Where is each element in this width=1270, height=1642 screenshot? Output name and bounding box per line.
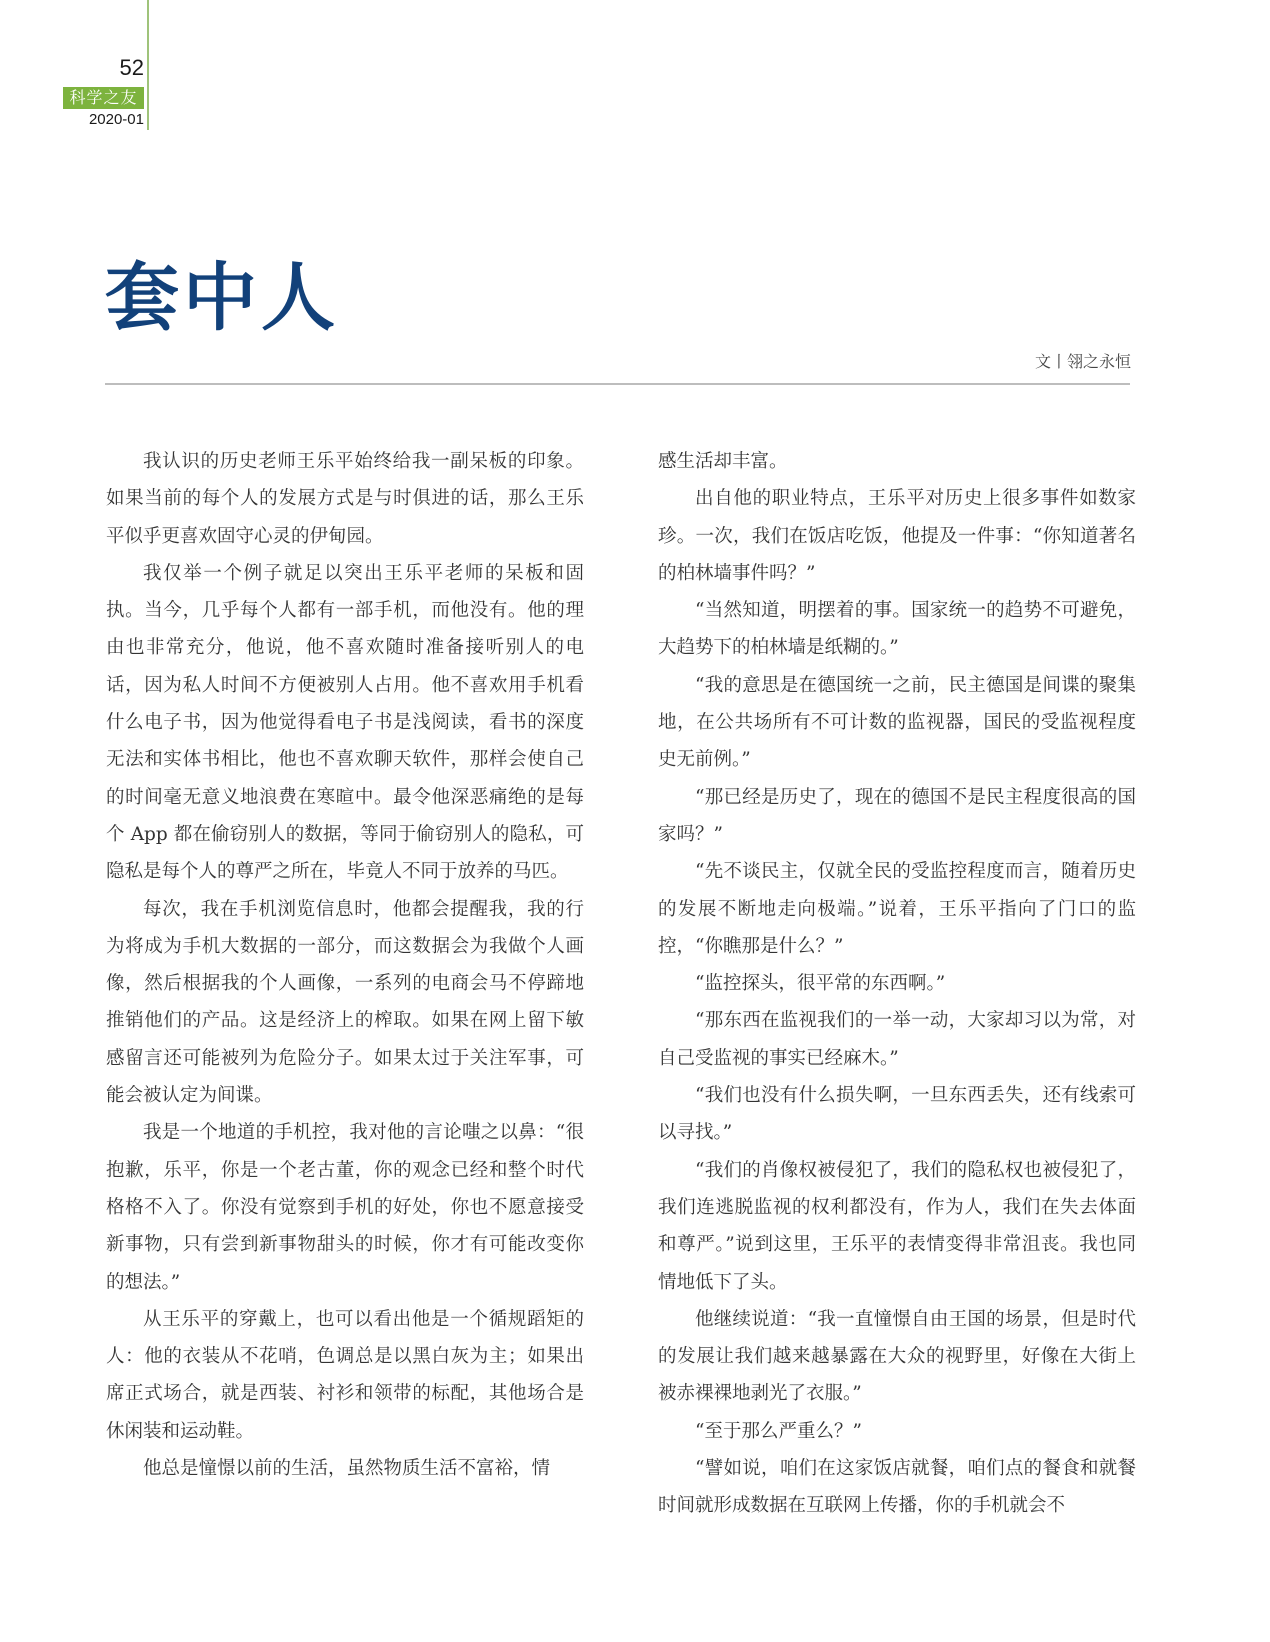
- paragraph: 他继续说道：“我一直憧憬自由王国的场景，但是时代的发展让我们越来越暴露在大众的视…: [658, 1301, 1136, 1413]
- paragraph: 他总是憧憬以前的生活，虽然物质生活不富裕，情: [106, 1450, 584, 1487]
- paragraph: “当然知道，明摆着的事。国家统一的趋势不可避免，大趋势下的柏林墙是纸糊的。”: [658, 592, 1136, 667]
- paragraph: 我认识的历史老师王乐平始终给我一副呆板的印象。如果当前的每个人的发展方式是与时俱…: [106, 443, 584, 555]
- paragraph: 我是一个地道的手机控，我对他的言论嗤之以鼻：“很抱歉，乐平，你是一个老古董，你的…: [106, 1114, 584, 1300]
- paragraph: “我们的肖像权被侵犯了，我们的隐私权也被侵犯了，我们连逃脱监视的权利都没有，作为…: [658, 1152, 1136, 1301]
- paragraph: “譬如说，咱们在这家饭店就餐，咱们点的餐食和就餐时间就形成数据在互联网上传播，你…: [658, 1450, 1136, 1525]
- paragraph-continuation: 感生活却丰富。: [658, 443, 1136, 480]
- paragraph: “那东西在监视我们的一举一动，大家却习以为常，对自己受监视的事实已经麻木。”: [658, 1002, 1136, 1077]
- header-vertical-rule: [147, 0, 149, 130]
- page-number: 52: [120, 56, 144, 80]
- article-title: 套中人: [105, 258, 339, 338]
- paragraph: 每次，我在手机浏览信息时，他都会提醒我，我的行为将成为手机大数据的一部分，而这数…: [106, 891, 584, 1115]
- paragraph: “监控探头，很平常的东西啊。”: [658, 965, 1136, 1002]
- issue-date: 2020-01: [89, 111, 144, 129]
- magazine-name-badge: 科学之友: [63, 87, 144, 109]
- paragraph: “我们也没有什么损失啊，一旦东西丢失，还有线索可以寻找。”: [658, 1077, 1136, 1152]
- paragraph: “至于那么严重么？”: [658, 1413, 1136, 1450]
- title-divider: [105, 383, 1130, 385]
- paragraph: 我仅举一个例子就足以突出王乐平老师的呆板和固执。当今，几乎每个人都有一部手机，而…: [106, 555, 584, 891]
- paragraph: 从王乐平的穿戴上，也可以看出他是一个循规蹈矩的人：他的衣装从不花哨，色调总是以黑…: [106, 1301, 584, 1450]
- paragraph: “先不谈民主，仅就全民的受监控程度而言，随着历史的发展不断地走向极端。”说着，王…: [658, 853, 1136, 965]
- paragraph: “我的意思是在德国统一之前，民主德国是间谍的聚集地，在公共场所有不可计数的监视器…: [658, 667, 1136, 779]
- paragraph: 出自他的职业特点，王乐平对历史上很多事件如数家珍。一次，我们在饭店吃饭，他提及一…: [658, 480, 1136, 592]
- byline: 文丨翎之永恒: [1035, 349, 1131, 372]
- left-column: 我认识的历史老师王乐平始终给我一副呆板的印象。如果当前的每个人的发展方式是与时俱…: [106, 443, 584, 1487]
- right-column: 感生活却丰富。 出自他的职业特点，王乐平对历史上很多事件如数家珍。一次，我们在饭…: [658, 443, 1136, 1525]
- paragraph: “那已经是历史了，现在的德国不是民主程度很高的国家吗？”: [658, 779, 1136, 854]
